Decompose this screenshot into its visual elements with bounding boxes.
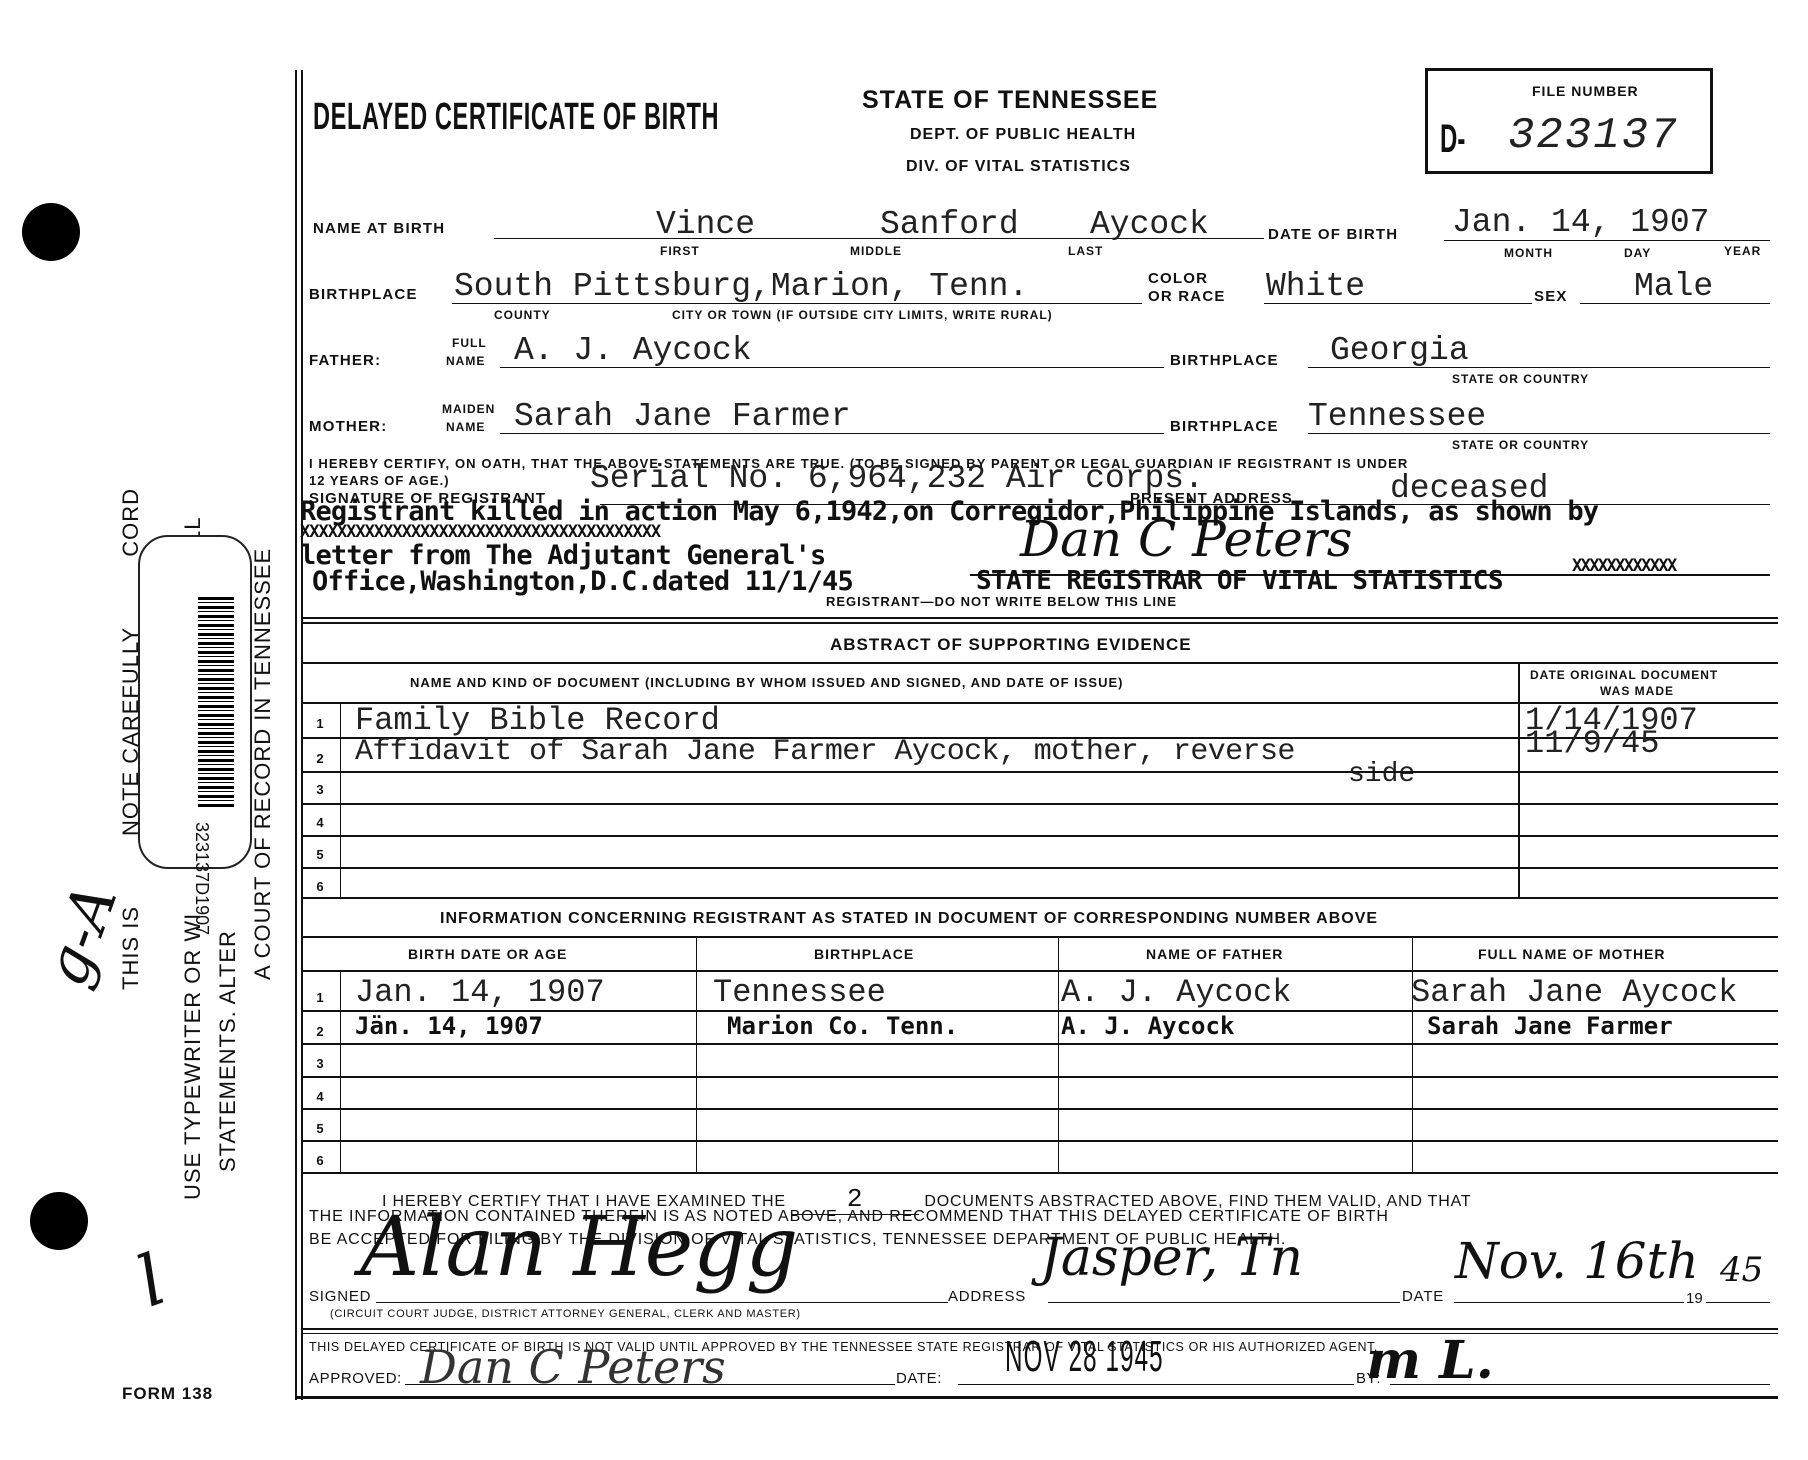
document-title: DELAYED CERTIFICATE OF BIRTH xyxy=(313,96,719,139)
row-line xyxy=(303,897,1778,899)
left-border xyxy=(295,70,297,1400)
bottom-border xyxy=(296,1396,1778,1399)
mother-state-caption: STATE OR COUNTRY xyxy=(1452,438,1589,452)
last-name: Aycock xyxy=(1090,206,1209,243)
evidence-date: 11/9/45 xyxy=(1525,725,1659,762)
year-value: 45 xyxy=(1720,1250,1763,1290)
mother-name-label-1: MAIDEN xyxy=(442,402,495,416)
info-cell: Sarah Jane Aycock xyxy=(1411,974,1737,1011)
certification-date-handwritten: Nov. 16th xyxy=(1455,1232,1699,1290)
city-caption: CITY OR TOWN (IF OUTSIDE CITY LIMITS, WR… xyxy=(672,308,1053,322)
evidence-doc: Affidavit of Sarah Jane Farmer Aycock, m… xyxy=(355,735,1295,769)
mother-birthplace-label: BIRTHPLACE xyxy=(1170,418,1279,435)
birthplace: South Pittsburg,Marion, Tenn. xyxy=(454,268,1028,305)
mother-label: MOTHER: xyxy=(309,418,387,435)
row-line xyxy=(303,1172,1778,1174)
first-name: Vince xyxy=(656,206,755,243)
punch-hole-top xyxy=(22,203,80,261)
barcode-text: 323137D1907 xyxy=(191,822,212,935)
middle-caption: MIDDLE xyxy=(850,244,902,258)
birthplace-label: BIRTHPLACE xyxy=(309,286,418,303)
file-number-prefix: D- xyxy=(1440,117,1465,162)
approval-date-stamp: NOV 28 1945 xyxy=(1005,1332,1164,1382)
row-line xyxy=(303,867,1778,869)
approval-date-line xyxy=(958,1384,1354,1385)
date-of-birth: Jan. 14, 1907 xyxy=(1452,204,1709,241)
signed-label: SIGNED xyxy=(309,1288,371,1305)
row-number: 3 xyxy=(305,782,335,797)
row-line xyxy=(303,1043,1778,1045)
oath-text-2: 12 YEARS OF AGE.) xyxy=(309,473,450,488)
row-number: 4 xyxy=(305,815,335,830)
info-cell: Jan. 14, 1907 xyxy=(355,974,605,1011)
row-line xyxy=(303,803,1778,805)
color-label-2: OR RACE xyxy=(1148,288,1226,305)
evidence-row: 2 Affidavit of Sarah Jane Farmer Aycock,… xyxy=(303,739,1778,771)
row-number: 3 xyxy=(305,1056,335,1071)
info-col-birthdate: BIRTH DATE OR AGE xyxy=(408,946,567,962)
do-not-write-label: REGISTRANT—DO NOT WRITE BELOW THIS LINE xyxy=(826,594,1177,609)
approval-divider-1 xyxy=(303,1328,1778,1330)
date-line xyxy=(1454,1302,1684,1303)
middle-name: Sanford xyxy=(880,206,1019,243)
approval-date-label: DATE: xyxy=(896,1370,942,1387)
father-name: A. J. Aycock xyxy=(514,332,752,369)
barcode-sticker: 323137D1907 xyxy=(138,535,252,869)
month-caption: MONTH xyxy=(1504,246,1553,260)
mother-birthplace: Tennessee xyxy=(1308,398,1486,435)
row-line xyxy=(303,1108,1778,1110)
county-caption: COUNTY xyxy=(494,308,551,322)
father-state-caption: STATE OR COUNTRY xyxy=(1452,372,1589,386)
margin-note-line-4: A COURT OF RECORD IN TENNESSEE xyxy=(250,548,276,980)
color-label-1: COLOR xyxy=(1148,270,1208,287)
registrar-struck: XXXXXXXXXXXX xyxy=(1572,556,1676,576)
info-header-top xyxy=(303,936,1778,938)
margin-text: STATEMENTS. ALTER xyxy=(215,930,240,1172)
info-col-father: NAME OF FATHER xyxy=(1146,946,1283,962)
row-number: 6 xyxy=(305,1153,335,1168)
info-cell: Marion Co. Tenn. xyxy=(727,1012,958,1040)
row-number: 4 xyxy=(305,1089,335,1104)
signed-line xyxy=(376,1302,948,1303)
info-cell: A. J. Aycock xyxy=(1061,1012,1234,1040)
struck-out-text: XXXXXXXXXXXXXXXXXXXXXXXXXXXXXXXXXXXXXXX xyxy=(300,522,660,542)
dept-title: DEPT. OF PUBLIC HEALTH xyxy=(910,126,1136,144)
name-at-birth-label: NAME AT BIRTH xyxy=(313,220,445,237)
signer-caption: (CIRCUIT COURT JUDGE, DISTRICT ATTORNEY … xyxy=(330,1308,801,1320)
info-col-birthplace: BIRTHPLACE xyxy=(814,946,914,962)
registrar-label: STATE REGISTRAR OF VITAL STATISTICS xyxy=(976,566,1503,596)
division-title: DIV. OF VITAL STATISTICS xyxy=(906,158,1131,176)
margin-text: CORD xyxy=(118,488,143,557)
evidence-col-date-1: DATE ORIGINAL DOCUMENT xyxy=(1530,668,1718,682)
row-number: 2 xyxy=(305,1024,335,1039)
color-value: White xyxy=(1266,268,1365,305)
row-number: 2 xyxy=(305,751,335,766)
file-number-box: FILE NUMBER D- 323137 xyxy=(1425,68,1713,174)
first-caption: FIRST xyxy=(660,244,700,258)
info-col-mother: FULL NAME OF MOTHER xyxy=(1478,946,1666,962)
day-caption: DAY xyxy=(1624,246,1651,260)
judge-signature: Alan Hegg xyxy=(360,1200,798,1295)
approved-label: APPROVED: xyxy=(309,1370,402,1387)
year-line xyxy=(1706,1302,1770,1303)
mother-name-label-2: NAME xyxy=(446,420,485,434)
last-caption: LAST xyxy=(1068,244,1103,258)
registrant-note-3: Office,Washington,D.C.dated 11/1/45 xyxy=(312,566,853,597)
info-row: 1 Jan. 14, 1907 Tennessee A. J. Aycock S… xyxy=(303,972,1778,1006)
info-cell: Tennessee xyxy=(713,974,886,1011)
row-line xyxy=(303,1140,1778,1142)
father-birthplace: Georgia xyxy=(1330,332,1469,369)
address-line xyxy=(1048,1302,1400,1303)
row-number: 1 xyxy=(305,990,335,1005)
punch-hole-bottom xyxy=(30,1192,88,1250)
file-number-label: FILE NUMBER xyxy=(1532,83,1639,99)
info-cell: A. J. Aycock xyxy=(1061,974,1291,1011)
row-number: 5 xyxy=(305,847,335,862)
address-signature: Jasper, Tn xyxy=(1040,1228,1303,1288)
row-number: 1 xyxy=(305,716,335,731)
evidence-col-date-2: WAS MADE xyxy=(1600,684,1674,698)
approved-signature: Dan C Peters xyxy=(420,1340,726,1394)
evidence-header-top xyxy=(303,662,1778,664)
year-caption: YEAR xyxy=(1724,244,1761,258)
file-number-value: 323137 xyxy=(1508,111,1678,161)
mother-name: Sarah Jane Farmer xyxy=(514,398,851,435)
address-label: ADDRESS xyxy=(948,1288,1026,1305)
form-number: FORM 138 xyxy=(122,1384,213,1404)
evidence-col-doc: NAME AND KIND OF DOCUMENT (INCLUDING BY … xyxy=(410,675,1123,690)
father-birthplace-label: BIRTHPLACE xyxy=(1170,352,1279,369)
evidence-date-divider xyxy=(1518,663,1520,899)
divider-double-1 xyxy=(303,617,1778,619)
evidence-doc-extra: side xyxy=(1348,759,1415,790)
row-line xyxy=(303,835,1778,837)
father-name-label-2: NAME xyxy=(446,354,485,368)
info-title: INFORMATION CONCERNING REGISTRANT AS STA… xyxy=(440,910,1378,928)
margin-initials-1: g-A xyxy=(31,875,132,995)
dob-label: DATE OF BIRTH xyxy=(1268,226,1398,243)
approval-by-initials: m L. xyxy=(1366,1330,1494,1391)
sex-label: SEX xyxy=(1534,288,1568,305)
divider-double-2 xyxy=(303,622,1778,624)
margin-initials-2: l xyxy=(127,1239,176,1324)
evidence-doc: Family Bible Record xyxy=(355,702,720,739)
row-line xyxy=(303,1076,1778,1078)
serial-number: Serial No. 6,964,232 Air corps. xyxy=(590,460,1204,497)
evidence-title: ABSTRACT OF SUPPORTING EVIDENCE xyxy=(830,635,1192,655)
margin-text: USE TYPEWRITER OR WI xyxy=(180,913,205,1200)
year-prefix: 19 xyxy=(1686,1290,1703,1307)
row-number: 6 xyxy=(305,879,335,894)
info-row: 2 Jän. 14, 1907 Marion Co. Tenn. A. J. A… xyxy=(303,1012,1778,1042)
sex-value: Male xyxy=(1634,268,1713,305)
info-cell: Sarah Jane Farmer xyxy=(1427,1012,1673,1040)
row-line xyxy=(303,771,1778,773)
father-name-label-1: FULL xyxy=(452,336,487,350)
date-label: DATE xyxy=(1402,1288,1444,1305)
barcode xyxy=(198,597,234,807)
row-number: 5 xyxy=(305,1121,335,1136)
info-cell: Jän. 14, 1907 xyxy=(355,1012,543,1040)
state-title: STATE OF TENNESSEE xyxy=(862,86,1158,115)
father-label: FATHER: xyxy=(309,352,381,369)
registrar-signature: Dan C Peters xyxy=(1020,510,1352,568)
